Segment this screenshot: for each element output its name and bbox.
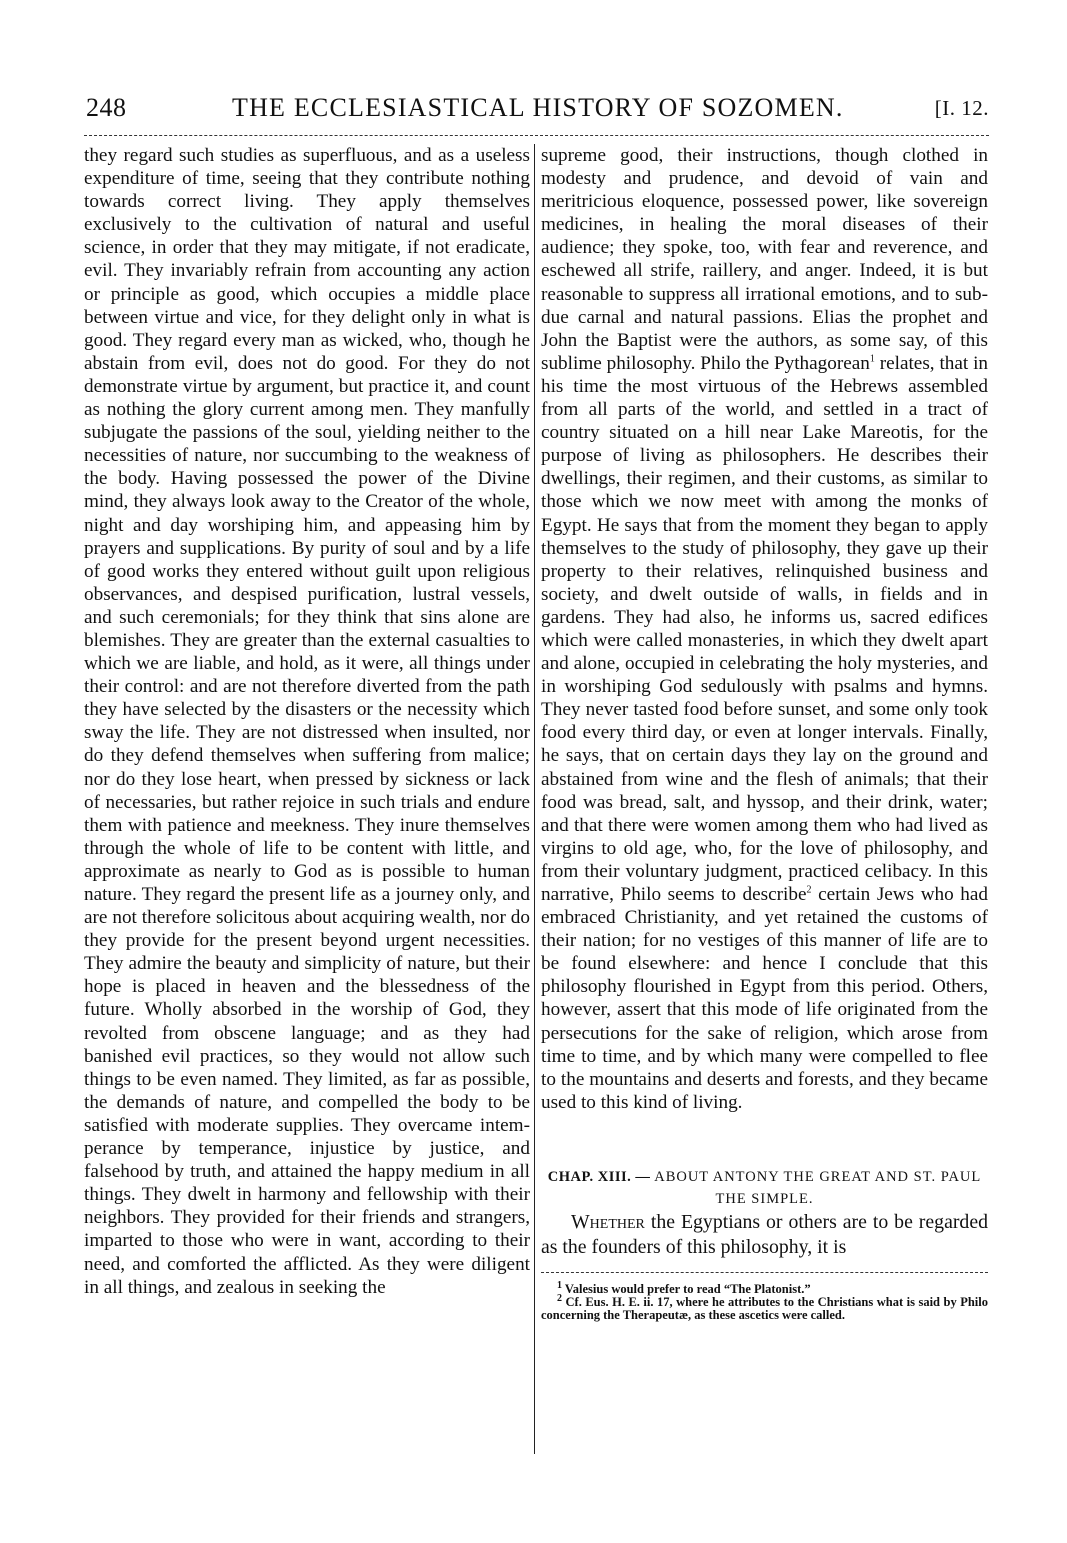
header-rule — [84, 135, 989, 136]
footnotes: 1 Valesius would prefer to read “The Pla… — [541, 1283, 988, 1322]
chapter-opening-paragraph: Whether the Egyptians or others are to b… — [541, 1210, 988, 1260]
right-column-paragraph: supreme good, their instructions, though… — [541, 144, 988, 1114]
right-column: supreme good, their instructions, though… — [541, 144, 988, 1322]
right-text-part-3: certain Jews who had embraced Christiani… — [541, 884, 988, 1113]
footnote-rule — [541, 1272, 988, 1273]
left-column: they regard such studies as superfluous,… — [84, 144, 530, 1299]
section-reference: [I. 12. — [935, 88, 989, 128]
page-number: 248 — [86, 88, 127, 128]
chapter-opening-word: Whether — [571, 1211, 645, 1233]
running-title: THE ECCLESIASTICAL HISTORY OF SOZOMEN. — [232, 88, 844, 128]
right-text-part-1: supreme good, their instructions, though… — [541, 145, 988, 374]
left-column-text: they regard such studies as superfluous,… — [84, 144, 530, 1299]
right-text-part-2: relates, that in his time the most virtu… — [541, 353, 988, 905]
book-page: 248 THE ECCLESIASTICAL HISTORY OF SOZOME… — [84, 88, 989, 128]
footnote-2-text: Cf. Eus. H. E. ii. 17, where he attribut… — [541, 1295, 988, 1322]
running-header: 248 THE ECCLESIASTICAL HISTORY OF SOZOME… — [84, 88, 989, 128]
chapter-title: ABOUT ANTONY THE GREAT AND ST. PAUL THE … — [654, 1169, 981, 1207]
chapter-label: CHAP. XIII. — — [548, 1169, 651, 1185]
footnote-1-text: Valesius would prefer to read “The Plato… — [562, 1282, 811, 1296]
footnote-2: 2 Cf. Eus. H. E. ii. 17, where he attrib… — [541, 1296, 988, 1322]
chapter-heading: CHAP. XIII. — ABOUT ANTONY THE GREAT AND… — [541, 1166, 988, 1210]
column-divider — [534, 144, 535, 1454]
